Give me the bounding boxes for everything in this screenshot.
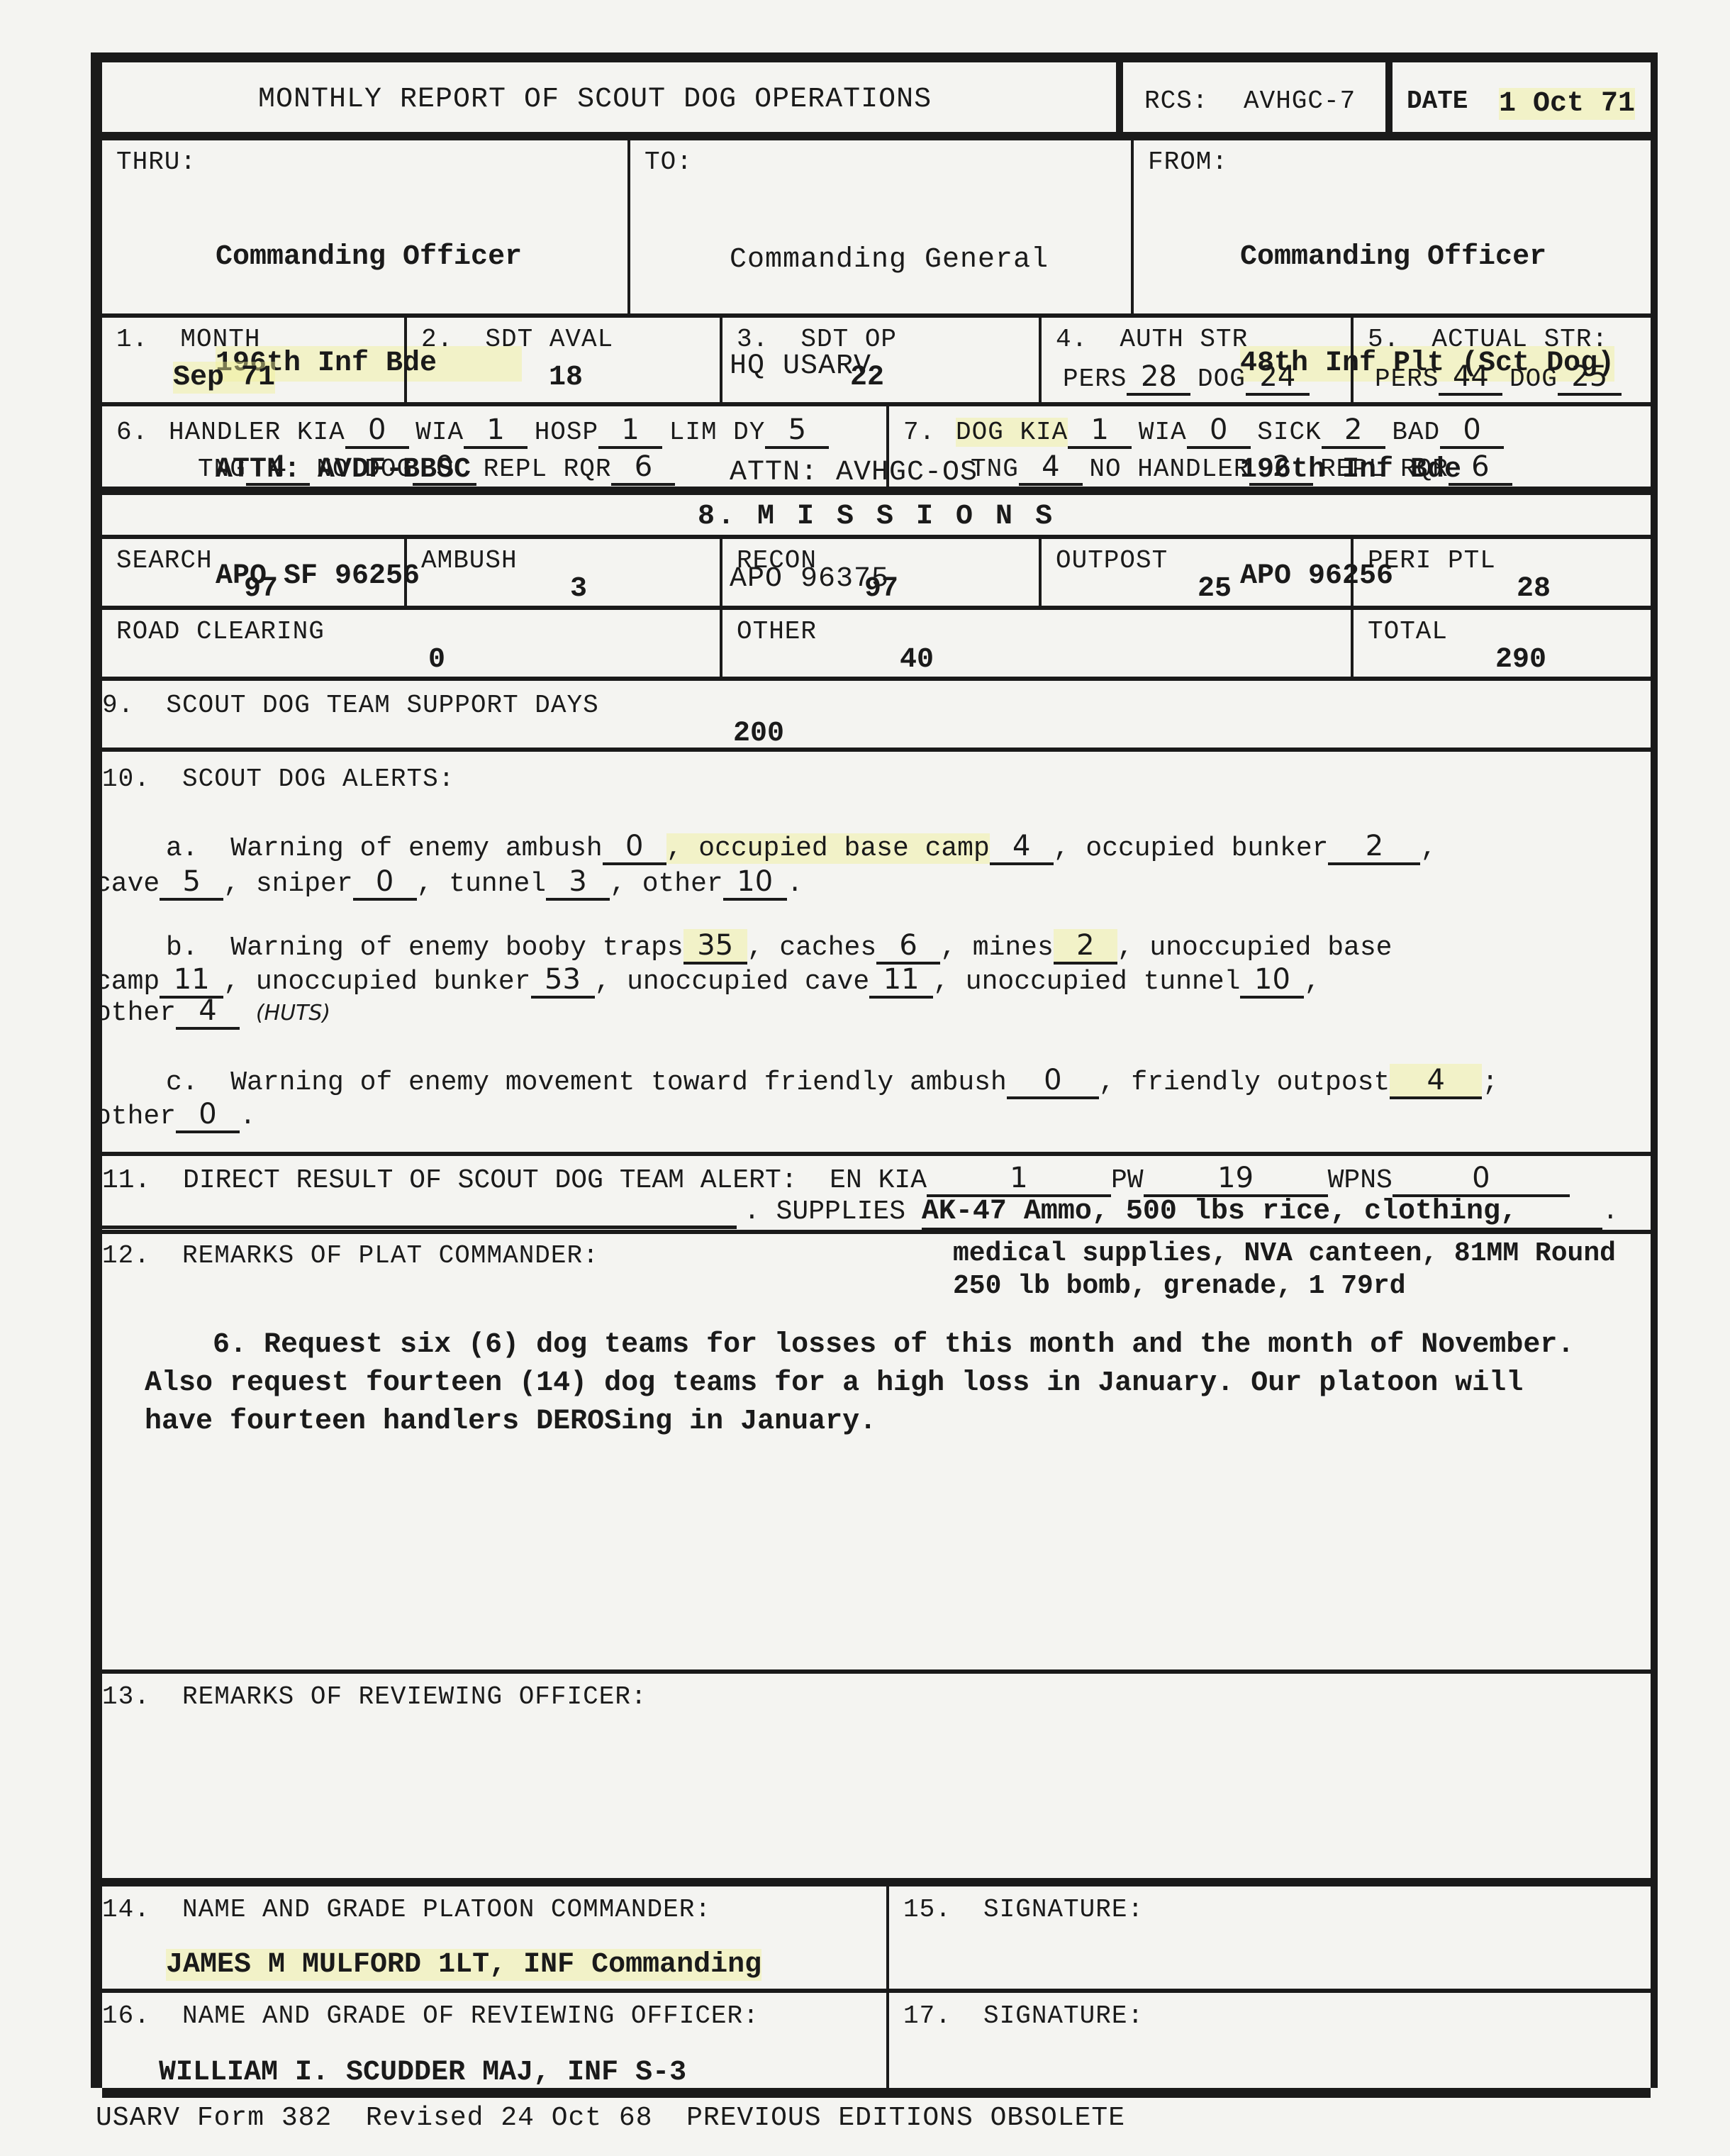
dog-bad-value[interactable]: 0 [1440, 413, 1504, 449]
losses-row: 6. HANDLER KIA0 WIA1 HOSP1 LIM DY5 TNG4 … [102, 406, 1651, 495]
dog-repl-label: REPL RQR [1320, 455, 1449, 484]
mission-road-label: ROAD CLEARING [116, 617, 325, 646]
mission-outpost-value[interactable]: 25 [1198, 573, 1232, 605]
mission-total-value[interactable]: 290 [1495, 644, 1546, 676]
en-kia-value[interactable]: 1 [927, 1162, 1111, 1197]
dog-sick-label: SICK [1257, 418, 1321, 447]
handler-hosp-label: HOSP [535, 418, 598, 447]
alert-text: b. Warning of enemy booby traps [166, 933, 683, 963]
handler-tng-label: TNG [198, 455, 246, 484]
from-line: Commanding Officer [1240, 240, 1614, 275]
alert-bunker-value[interactable]: 2 [1328, 830, 1420, 865]
alerts-b-line2: camp11, unoccupied bunker53, unoccupied … [95, 963, 1320, 999]
handler-nodog-value[interactable]: 0 [413, 450, 476, 486]
title-cell: MONTHLY REPORT OF SCOUT DOG OPERATIONS [102, 62, 1123, 132]
from-cell: FROM: Commanding Officer 48th Inf Plt (S… [1134, 140, 1651, 313]
platoon-commander-label: 14. NAME AND GRADE PLATOON COMMANDER: [102, 1895, 711, 1924]
mission-other-value[interactable]: 40 [900, 644, 934, 676]
scout-dog-report-form: MONTHLY REPORT OF SCOUT DOG OPERATIONS R… [91, 52, 1658, 2088]
month-value[interactable]: Sep 71 [173, 362, 275, 394]
mission-ambush-label: AMBUSH [421, 546, 518, 575]
support-days-value[interactable]: 200 [733, 718, 784, 750]
mission-total-label: TOTAL [1368, 617, 1448, 646]
sdt-op-label: 3. SDT OP [737, 325, 897, 354]
supplies-value-line1[interactable]: AK-47 Ammo, 500 lbs rice, clothing, [922, 1196, 1602, 1230]
mission-search-label: SEARCH [116, 546, 213, 575]
auth-pers-label: PERS [1063, 365, 1127, 394]
actual-pers-label: PERS [1375, 365, 1439, 394]
alert-text: , unoccupied base [1117, 933, 1393, 963]
dog-wia-label: WIA [1139, 418, 1187, 447]
dog-num: 7. [903, 418, 935, 447]
auth-dog-label: DOG [1198, 365, 1246, 394]
signature-17-cell[interactable]: 17. SIGNATURE: [889, 1993, 1651, 2088]
reviewing-officer-value[interactable]: WILLIAM I. SCUDDER MAJ, INF S-3 [159, 2057, 686, 2089]
reviewing-officer-label: 16. NAME AND GRADE OF REVIEWING OFFICER: [102, 2001, 759, 2030]
date-value[interactable]: 1 Oct 71 [1499, 88, 1635, 120]
rcs-label: RCS: [1144, 87, 1208, 116]
dog-kia-label: DOG KIA [956, 418, 1068, 447]
remarks-plat-section: 12. REMARKS OF PLAT COMMANDER: medical s… [102, 1234, 1651, 1674]
form-title: MONTHLY REPORT OF SCOUT DOG OPERATIONS [258, 84, 932, 116]
handler-wia-value[interactable]: 1 [464, 413, 528, 449]
mission-other-cell: OTHER 40 [722, 610, 1354, 677]
missions-title-row: 8. M I S S I O N S [102, 495, 1651, 539]
mission-search-value[interactable]: 97 [244, 573, 278, 605]
handler-wia-label: WIA [415, 418, 464, 447]
date-label: DATE [1407, 87, 1468, 116]
sdt-op-cell: 3. SDT OP 22 [722, 318, 1042, 402]
alert-b-other-value[interactable]: 4 [176, 994, 240, 1030]
alert-text: , tunnel [417, 869, 546, 899]
en-kia-label: EN KIA [830, 1165, 927, 1196]
actual-dog-value[interactable]: 25 [1558, 360, 1622, 396]
dog-cell: 7. DOG KIA1 WIA0 SICK2 BAD0 TNG4 NO HAND… [889, 406, 1651, 487]
missions-row-2: ROAD CLEARING 0 OTHER 40 TOTAL 290 [102, 610, 1651, 681]
dog-bad-label: BAD [1392, 418, 1440, 447]
sdt-aval-value[interactable]: 18 [549, 362, 583, 394]
mission-outpost-label: OUTPOST [1056, 546, 1168, 575]
remarks-reviewing-section: 13. REMARKS OF REVIEWING OFFICER: [102, 1674, 1651, 1886]
alert-caches-value[interactable]: 6 [876, 929, 940, 965]
wpns-value[interactable]: 0 [1393, 1162, 1570, 1197]
to-line: Commanding General [730, 243, 1049, 278]
alert-tunnel-value[interactable]: 3 [546, 865, 610, 901]
alert-text: , occupied base camp [666, 833, 990, 864]
alert-unocc-cave-value[interactable]: 11 [869, 963, 933, 999]
supplies-value-line3[interactable]: 250 lb bomb, grenade, 1 79rd [953, 1271, 1406, 1301]
alert-unocc-base-camp-value[interactable]: 11 [160, 963, 223, 999]
handler-limdy-value[interactable]: 5 [765, 413, 829, 449]
auth-dog-value[interactable]: 24 [1246, 360, 1310, 396]
mission-road-value[interactable]: 0 [428, 644, 445, 676]
form-footer: USARV Form 382 Revised 24 Oct 68 PREVIOU… [96, 2103, 1125, 2133]
alert-text: , other [610, 869, 723, 899]
alert-text: c. Warning of enemy movement toward frie… [166, 1067, 1007, 1098]
address-row: THRU: Commanding Officer 196th Inf Bde A… [102, 140, 1651, 318]
alerts-a-line1: a. Warning of enemy ambush0, occupied ba… [166, 830, 1436, 865]
handler-repl-value[interactable]: 6 [611, 450, 675, 486]
alert-sniper-value[interactable]: 0 [353, 865, 417, 901]
alerts-a-line2: cave5, sniper0, tunnel3, other10. [95, 865, 803, 901]
alert-booby-traps-value[interactable]: 35 [683, 929, 747, 965]
alert-ambush-value[interactable]: 0 [603, 830, 666, 865]
alert-text: camp [95, 967, 160, 997]
alerts-b-line1: b. Warning of enemy booby traps35, cache… [166, 929, 1392, 965]
direct-result-line2: . SUPPLIES AK-47 Ammo, 500 lbs rice, clo… [744, 1196, 1619, 1230]
alert-b-other-note: (HUTS) [256, 1001, 330, 1026]
alerts-c-line1: c. Warning of enemy movement toward frie… [166, 1064, 1498, 1099]
alerts-section: 10. SCOUT DOG ALERTS: a. Warning of enem… [102, 752, 1651, 1156]
thru-cell: THRU: Commanding Officer 196th Inf Bde A… [102, 140, 630, 313]
alerts-b-line3: other4 (HUTS) [95, 994, 330, 1030]
mission-search-cell: SEARCH 97 [102, 539, 407, 606]
handler-kia-value[interactable]: 0 [345, 413, 409, 449]
handler-cell: 6. HANDLER KIA0 WIA1 HOSP1 LIM DY5 TNG4 … [102, 406, 889, 487]
alert-c-other-value[interactable]: 0 [176, 1098, 240, 1133]
mission-road-cell: ROAD CLEARING 0 [102, 610, 722, 677]
dog-repl-value[interactable]: 6 [1449, 450, 1512, 486]
rcs-cell: RCS: AVHGC-7 [1123, 62, 1393, 132]
alerts-c-line2: other0. [95, 1098, 256, 1133]
mission-other-label: OTHER [737, 617, 817, 646]
alert-cave-value[interactable]: 5 [160, 865, 223, 901]
title-row: MONTHLY REPORT OF SCOUT DOG OPERATIONS R… [102, 62, 1651, 140]
handler-num: 6. [116, 418, 148, 447]
auth-str-cell: 4. AUTH STR PERS28 DOG24 [1042, 318, 1354, 402]
signature-17-label: 17. SIGNATURE: [903, 2001, 1144, 2030]
to-cell: TO: Commanding General HQ USARV ATTN: AV… [630, 140, 1134, 313]
supplies-value-line2[interactable]: medical supplies, NVA canteen, 81MM Roun… [953, 1238, 1616, 1269]
direct-result-line1: 11. DIRECT RESULT OF SCOUT DOG TEAM ALER… [102, 1162, 1570, 1197]
handler-limdy-label: LIM DY [669, 418, 766, 447]
to-label: TO: [644, 148, 693, 177]
strength-row: 1. MONTH Sep 71 2. SDT AVAL 18 3. SDT OP… [102, 318, 1651, 406]
sdt-aval-label: 2. SDT AVAL [421, 325, 613, 354]
actual-str-cell: 5. ACTUAL STR: PERS44 DOG25 [1354, 318, 1651, 402]
alert-text: , friendly outpost [1099, 1067, 1390, 1098]
signature-15-cell[interactable]: 15. SIGNATURE: [889, 1886, 1651, 1989]
month-label: 1. MONTH [116, 325, 260, 354]
mission-outpost-cell: OUTPOST 25 [1042, 539, 1354, 606]
alert-other-value[interactable]: 10 [723, 865, 787, 901]
actual-dog-label: DOG [1509, 365, 1558, 394]
reviewing-officer-row: 16. NAME AND GRADE OF REVIEWING OFFICER:… [102, 1993, 1651, 2098]
mission-peri-value[interactable]: 28 [1517, 573, 1551, 605]
dog-nohandler-value[interactable]: 2 [1249, 450, 1313, 486]
month-cell: 1. MONTH Sep 71 [102, 318, 407, 402]
auth-pers-value[interactable]: 28 [1127, 360, 1190, 396]
mission-peri-label: PERI PTL [1368, 546, 1496, 575]
handler-hosp-value[interactable]: 1 [598, 413, 662, 449]
alert-text: , unoccupied bunker [223, 967, 530, 997]
alert-friendly-outpost-value[interactable]: 4 [1390, 1064, 1482, 1099]
direct-result-row: 11. DIRECT RESULT OF SCOUT DOG TEAM ALER… [102, 1156, 1651, 1234]
remarks-plat-label: 12. REMARKS OF PLAT COMMANDER: [102, 1241, 599, 1270]
alert-text: , occupied bunker [1054, 833, 1329, 864]
mission-recon-cell: RECON 97 [722, 539, 1042, 606]
handler-repl-label: REPL RQR [484, 455, 612, 484]
rcs-value: AVHGC-7 [1244, 87, 1356, 116]
actual-pers-value[interactable]: 44 [1439, 360, 1502, 396]
direct-result-blank-line [102, 1197, 737, 1229]
dog-kia-value[interactable]: 1 [1068, 413, 1132, 449]
supplies-label: SUPPLIES [776, 1196, 905, 1227]
dog-nohandler-label: NO HANDLER [1089, 455, 1249, 484]
dog-tng-label: TNG [971, 455, 1019, 484]
mission-peri-cell: PERI PTL 28 [1354, 539, 1651, 606]
alert-text: , unoccupied tunnel [933, 967, 1240, 997]
alert-text: , mines [940, 933, 1054, 963]
pw-value[interactable]: 19 [1144, 1162, 1328, 1197]
direct-result-label: 11. DIRECT RESULT OF SCOUT DOG TEAM ALER… [102, 1165, 798, 1196]
alert-text: other [95, 998, 176, 1028]
from-label: FROM: [1148, 148, 1228, 177]
alert-text: , caches [747, 933, 876, 963]
mission-recon-value[interactable]: 97 [864, 573, 898, 605]
alert-mines-value[interactable]: 2 [1054, 929, 1117, 965]
reviewing-officer-cell: 16. NAME AND GRADE OF REVIEWING OFFICER:… [102, 1993, 889, 2088]
alert-base-camp-value[interactable]: 4 [990, 830, 1054, 865]
pw-label: PW [1111, 1165, 1144, 1196]
wpns-label: WPNS [1328, 1165, 1393, 1196]
thru-label: THRU: [116, 148, 196, 177]
handler-kia-label: HANDLER KIA [169, 418, 345, 447]
mission-total-cell: TOTAL 290 [1354, 610, 1651, 677]
handler-tng-value[interactable]: 4 [246, 450, 310, 486]
thru-line: Commanding Officer [216, 240, 522, 275]
dog-sick-value[interactable]: 2 [1322, 413, 1385, 449]
date-cell: DATE 1 Oct 71 [1393, 62, 1651, 132]
alert-unocc-bunker-value[interactable]: 53 [531, 963, 595, 999]
alert-text: cave [95, 869, 160, 899]
platoon-commander-cell: 14. NAME AND GRADE PLATOON COMMANDER: JA… [102, 1886, 889, 1989]
alert-text: , sniper [223, 869, 352, 899]
dog-wia-value[interactable]: 0 [1187, 413, 1251, 449]
mission-recon-label: RECON [737, 546, 817, 575]
support-days-label: 9. SCOUT DOG TEAM SUPPORT DAYS [102, 691, 599, 720]
alert-unocc-tunnel-value[interactable]: 10 [1240, 963, 1304, 999]
platoon-commander-value[interactable]: JAMES M MULFORD 1LT, INF Commanding [166, 1949, 761, 1981]
platoon-commander-row: 14. NAME AND GRADE PLATOON COMMANDER: JA… [102, 1886, 1651, 1993]
handler-nodog-label: NO DOG [316, 455, 413, 484]
remarks-plat-text[interactable]: 6. Request six (6) dog teams for losses … [145, 1326, 1574, 1441]
sdt-op-value[interactable]: 22 [850, 362, 884, 394]
missions-title: 8. M I S S I O N S [698, 501, 1055, 533]
missions-row-1: SEARCH 97 AMBUSH 3 RECON 97 OUTPOST 25 P… [102, 539, 1651, 610]
sdt-aval-cell: 2. SDT AVAL 18 [407, 318, 722, 402]
alert-text: a. Warning of enemy ambush [166, 833, 603, 864]
signature-15-label: 15. SIGNATURE: [903, 1895, 1144, 1924]
alerts-label: 10. SCOUT DOG ALERTS: [102, 765, 454, 794]
mission-ambush-value[interactable]: 3 [570, 573, 587, 605]
alert-text: other [95, 1101, 176, 1132]
actual-str-label: 5. ACTUAL STR: [1368, 325, 1608, 354]
auth-str-label: 4. AUTH STR [1056, 325, 1248, 354]
alert-text: , unoccupied cave [595, 967, 870, 997]
dog-tng-value[interactable]: 4 [1019, 450, 1083, 486]
alert-friendly-ambush-value[interactable]: 0 [1007, 1064, 1099, 1099]
remarks-reviewing-label: 13. REMARKS OF REVIEWING OFFICER: [102, 1682, 647, 1711]
support-days-row: 9. SCOUT DOG TEAM SUPPORT DAYS 200 [102, 681, 1651, 752]
mission-ambush-cell: AMBUSH 3 [407, 539, 722, 606]
